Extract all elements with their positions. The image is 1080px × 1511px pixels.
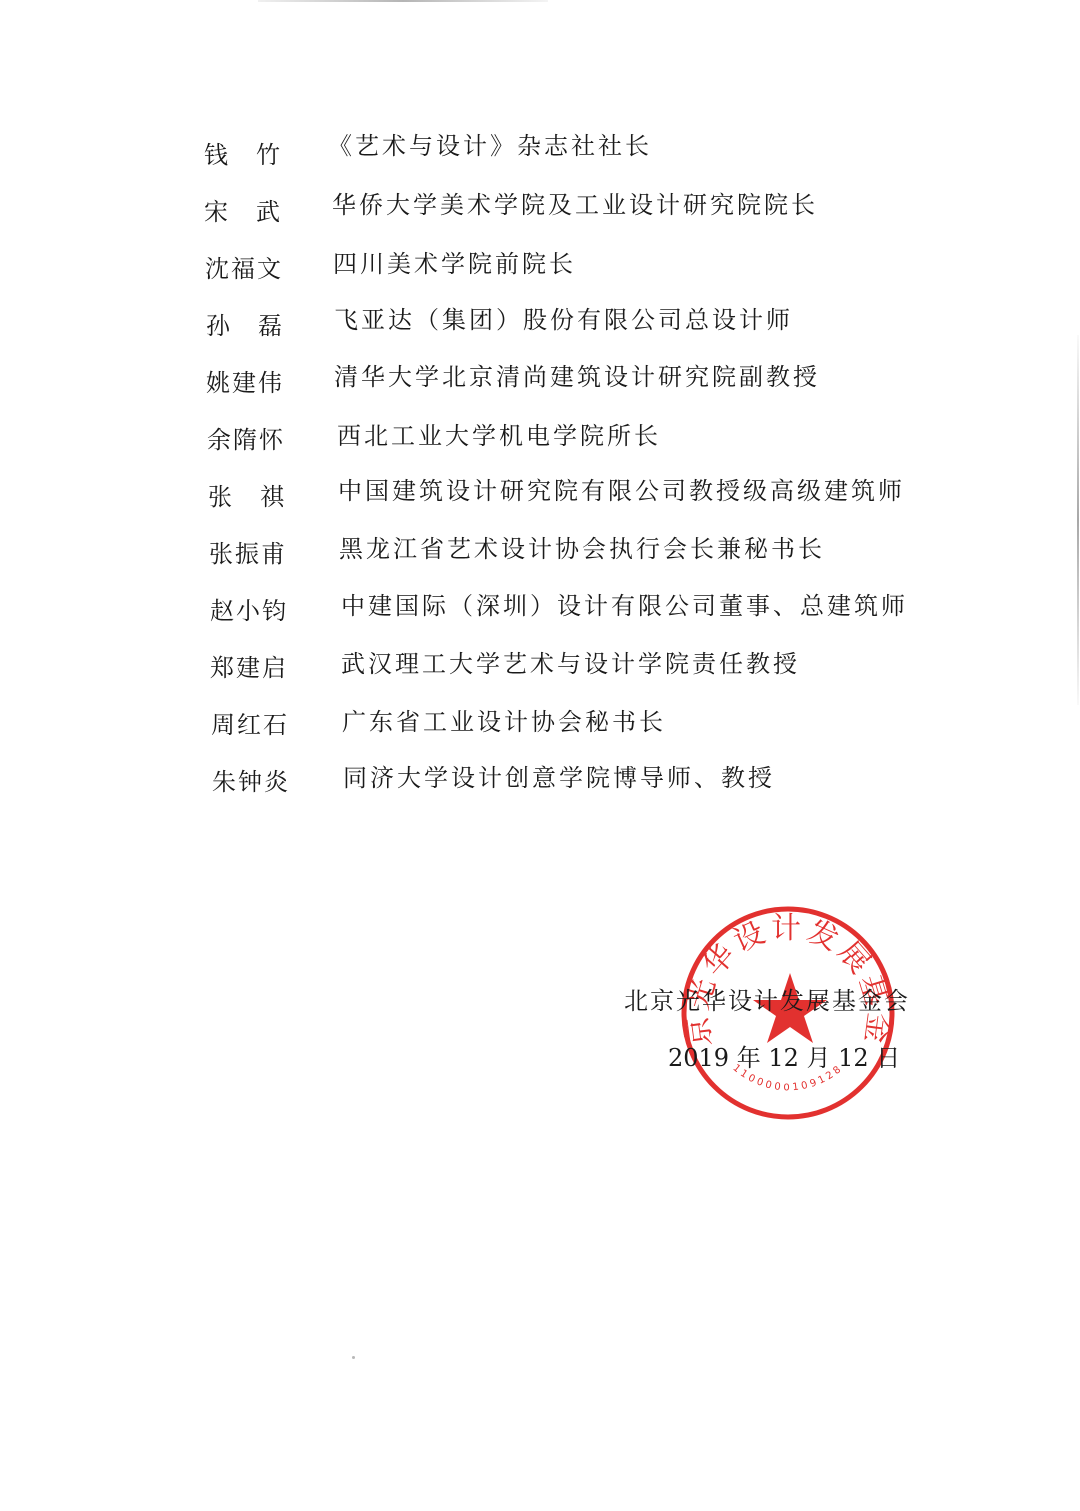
- member-title: 广东省工业设计协会秘书长: [342, 706, 666, 738]
- member-name: 张 祺: [208, 481, 286, 513]
- document-page: 钱 竹 《艺术与设计》杂志社社长 宋 武 华侨大学美术学院及工业设计研究院院长 …: [0, 0, 1080, 1511]
- member-title: 中国建筑设计研究院有限公司教授级高级建筑师: [338, 475, 905, 507]
- member-name: 郑建启: [210, 652, 288, 684]
- member-title: 西北工业大学机电学院所长: [337, 420, 661, 452]
- scan-speck: [352, 1356, 355, 1359]
- member-name: 姚建伟: [206, 367, 284, 399]
- member-title: 清华大学北京清尚建筑设计研究院副教授: [334, 361, 820, 393]
- member-title: 黑龙江省艺术设计协会执行会长兼秘书长: [339, 533, 825, 565]
- member-name: 张振甫: [209, 538, 287, 570]
- member-name: 宋 武: [204, 196, 282, 228]
- member-title: 《艺术与设计》杂志社社长: [328, 130, 652, 162]
- member-name: 钱 竹: [204, 139, 282, 171]
- member-name: 余隋怀: [207, 424, 285, 456]
- member-title: 华侨大学美术学院及工业设计研究院院长: [332, 189, 818, 221]
- member-name: 孙 磊: [206, 310, 284, 342]
- member-roster: 钱 竹 《艺术与设计》杂志社社长 宋 武 华侨大学美术学院及工业设计研究院院长 …: [0, 0, 1080, 820]
- signing-organization: 北京光华设计发展基金会: [624, 984, 910, 1018]
- member-name: 赵小钧: [210, 595, 288, 627]
- member-title: 四川美术学院前院长: [333, 248, 576, 280]
- member-title: 同济大学设计创意学院博导师、教授: [343, 762, 775, 794]
- member-name: 朱钟炎: [212, 766, 290, 798]
- member-title: 飞亚达（集团）股份有限公司总设计师: [334, 304, 793, 336]
- signing-date: 2019 年 12 月 12 日: [668, 1041, 900, 1075]
- member-title: 武汉理工大学艺术与设计学院责任教授: [341, 648, 800, 680]
- member-name: 沈福文: [205, 253, 283, 285]
- member-name: 周红石: [211, 709, 289, 741]
- member-title: 中建国际（深圳）设计有限公司董事、总建筑师: [341, 590, 908, 622]
